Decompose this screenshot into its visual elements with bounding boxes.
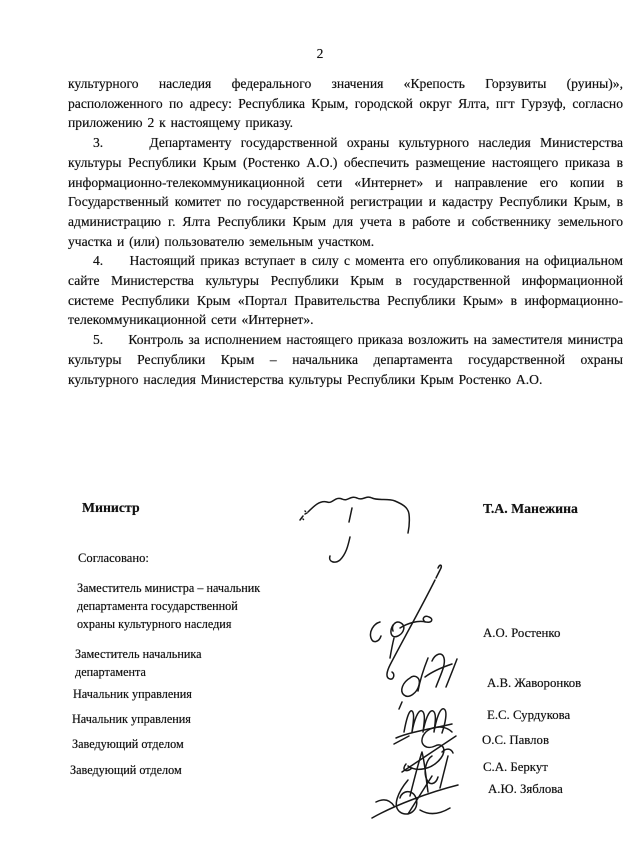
approval-title-section-chief-2: Заведующий отделом	[70, 761, 182, 779]
order-paragraph-5: 5. Контроль за исполнением настоящего пр…	[68, 330, 623, 389]
agreed-label: Согласовано:	[78, 551, 149, 566]
minister-title: Министр	[82, 500, 140, 516]
signature-berkut	[410, 749, 453, 796]
order-body: культурного наследия федерального значен…	[68, 74, 623, 389]
approval-title-head-of-department-2: Начальник управления	[72, 710, 191, 728]
approval-title-section-chief-1: Заведующий отделом	[72, 735, 184, 753]
signature-zhavoronkov	[402, 654, 457, 696]
signature-manezhina	[300, 497, 409, 562]
approval-title-deputy-head: Заместитель начальника департамента	[75, 645, 202, 681]
signature-rostenko	[370, 565, 441, 679]
approval-title-head-of-department-1: Начальник управления	[73, 685, 192, 703]
order-paragraph-4: 4. Настоящий приказ вступает в силу с мо…	[68, 251, 623, 330]
page-number: 2	[0, 46, 640, 62]
order-paragraph-continuation: культурного наследия федерального значен…	[68, 74, 623, 133]
order-paragraph-3: 3. Департаменту государственной охраны к…	[68, 133, 623, 251]
approver-name-zhavoronkov: А.В. Жаворонков	[487, 676, 581, 691]
document-page: 2 культурного наследия федерального знач…	[0, 0, 640, 861]
approval-title-deputy-minister: Заместитель министра – начальник департа…	[77, 579, 260, 633]
signature-zyablova	[372, 776, 458, 818]
handwritten-signatures	[280, 480, 500, 830]
